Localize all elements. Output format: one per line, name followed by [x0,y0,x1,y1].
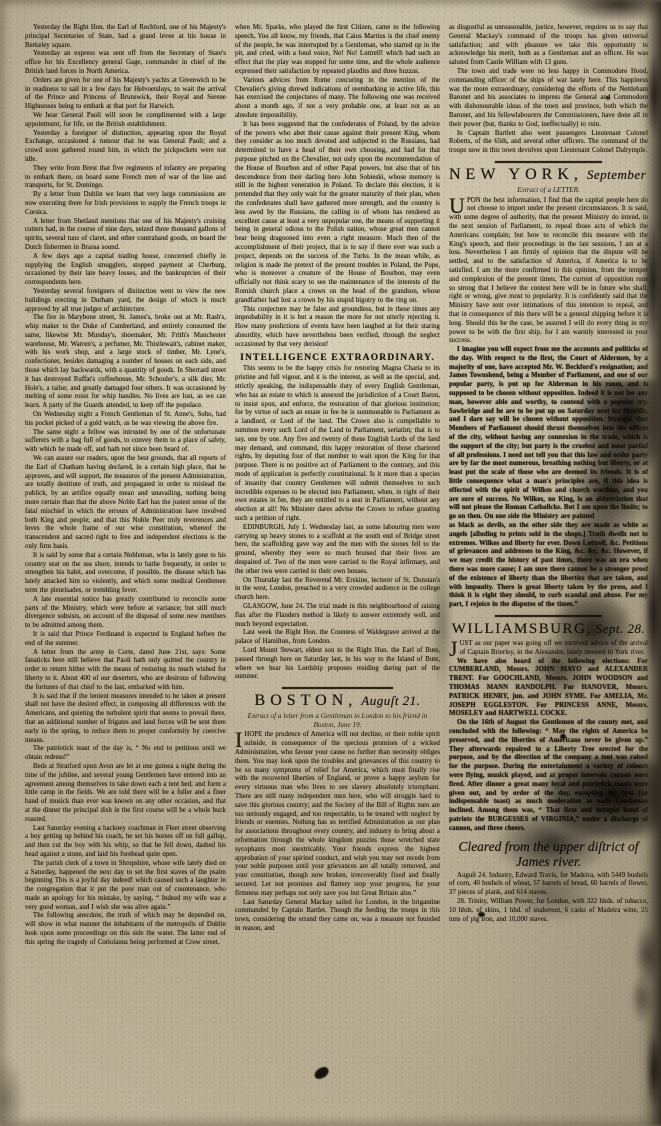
news-paragraph: It has been suggested that the confedera… [235,121,440,306]
section-rule [495,161,602,163]
dateline-header: WILLIAMSBURG, Sept. 28. [449,620,648,638]
news-paragraph: The town and trade were no less happy in… [449,68,648,130]
dateline-header: NEW YORK, September 7. [449,166,648,184]
news-paragraph: GLASGOW, June 24. The trial made in this… [235,603,440,629]
dropcap-letter: I [235,731,244,748]
news-paragraph: IHOPE the prudence of America will not d… [235,731,440,898]
news-paragraph: A letter from Shetland mentions that one… [25,218,226,253]
news-paragraph: A few days ago a capital trading house, … [25,253,226,288]
columns: Yesterday the Right Hon. the Earl of Roc… [25,24,648,1118]
news-paragraph: Lord Mount Stewart, eldest son to the Ri… [235,647,440,682]
column-1: Yesterday the Right Hon. the Earl of Roc… [25,24,226,1118]
section-rule [282,687,393,689]
news-paragraph: Last Saturday evening a hackney coachman… [25,825,226,860]
dateline-date: Sept. 28. [596,621,646,636]
news-paragraph: Last week the Right Hon. the Countess of… [235,629,440,647]
news-paragraph: On the 16th of August the Gentlemen of t… [449,719,648,833]
news-paragraph: A letter from the army in Corte, dated J… [25,649,226,693]
news-paragraph: The same night a fellow was intrusted by… [25,429,226,455]
news-paragraph: Yesterday an express was sent off from t… [25,50,226,76]
news-paragraph: Various advices from Rome concuring in t… [235,77,440,121]
news-paragraph: Orders are given for one of his Majesty'… [25,77,226,112]
news-paragraph: This seems to be the happy crisis for re… [235,365,440,523]
news-paragraph: We can assure our readers, upon the best… [25,455,226,552]
news-paragraph: I imagine you will expect from me the ac… [449,346,648,522]
edge-stain [641,540,661,690]
news-paragraph: when Mr. Sparks, who played the first Ci… [235,24,440,77]
news-paragraph: JUST as our paper was going off we recei… [449,640,648,658]
clearances-header: Cleared from the upper diſtrict of James… [449,839,648,869]
news-paragraph: The patriotick toast of the day is, “ No… [25,745,226,763]
edge-stain [643,1020,661,1120]
dateline-place: WILLIAMSBURG, [452,621,592,637]
news-paragraph: Yesterday several foreigners of distinct… [25,288,226,314]
dateline-place: NEW YORK, [449,166,583,183]
letter-subheader: Extract of a letter from a Gentleman in … [241,712,434,729]
news-paragraph: Last Saturday General Mackay sailed for … [235,899,440,934]
dark-scan-edge-left [0,0,10,1126]
letter-subheader: Extract of a LETTER. [455,186,642,195]
news-paragraph: Auguſt 24. Industry, Edward Travis, for … [449,872,648,898]
news-paragraph: It is said by some that a certain Noblem… [25,552,226,596]
news-paragraph: This conjecture may be false and groundl… [235,306,440,350]
news-paragraph: We have also heard of the following elec… [449,658,648,720]
news-paragraph: In Captain Bartlett also went passengers… [449,130,648,156]
news-paragraph: On Thursday last the Reverend Mr. Erskin… [235,577,440,603]
news-paragraph: They write from Brest that five regiment… [25,165,226,191]
news-paragraph: It is said that Prince Ferdinand is expe… [25,631,226,649]
newspaper-page: Yesterday the Right Hon. the Earl of Roc… [0,0,661,1126]
news-paragraph: as black as devils, on the other side th… [449,522,648,610]
dateline-date: September 7. [587,167,648,182]
section-rule [495,615,602,617]
edge-stain [639,200,661,360]
dateline-header: BOSTON, Auguſt 21. [235,692,440,710]
dateline-place: BOSTON, [255,692,358,709]
dropcap-letter: J [449,640,460,657]
section-header: INTELLIGENCE EXTRAORDINARY. [235,353,440,363]
news-paragraph: The fire in Marybone street, St. James's… [25,314,226,411]
news-paragraph: It is said that if the lenient measures … [25,693,226,746]
news-paragraph: By a letter from Dublin we learn that ve… [25,191,226,217]
news-paragraph: The following anecdote, the truth of whi… [25,912,226,947]
news-paragraph: Yesterday a foreigner of distinction, ap… [25,130,226,165]
column-2: when Mr. Sparks, who played the first Ci… [235,24,440,1118]
news-paragraph: The parish clerk of a town in Shropshire… [25,860,226,913]
news-paragraph: A late essential notice has greatly cont… [25,596,226,631]
news-paragraph: Yesterday the Right Hon. the Earl of Roc… [25,24,226,50]
news-paragraph: UPON the best information, I find that t… [449,197,648,347]
edge-stain [643,40,661,150]
news-paragraph: 28. Trinity, William Power, for London, … [449,898,648,924]
dropcap-letter: U [449,197,467,214]
column-3: as disgustful as unreasonable, justice, … [449,24,648,1118]
news-paragraph: EDINBURGH, July 1. Wednesday last, as so… [235,524,440,577]
news-paragraph: Beds at Stratford upon Avon are let at o… [25,763,226,825]
news-paragraph: We hear General Paoli will soon be compl… [25,112,226,130]
dark-scan-edge-top [0,0,661,8]
dateline-date: Auguſt 21. [361,693,420,708]
news-paragraph: as disgustful as unreasonable, justice, … [449,24,648,68]
news-paragraph: On Wednesday night a French Gentleman of… [25,411,226,429]
